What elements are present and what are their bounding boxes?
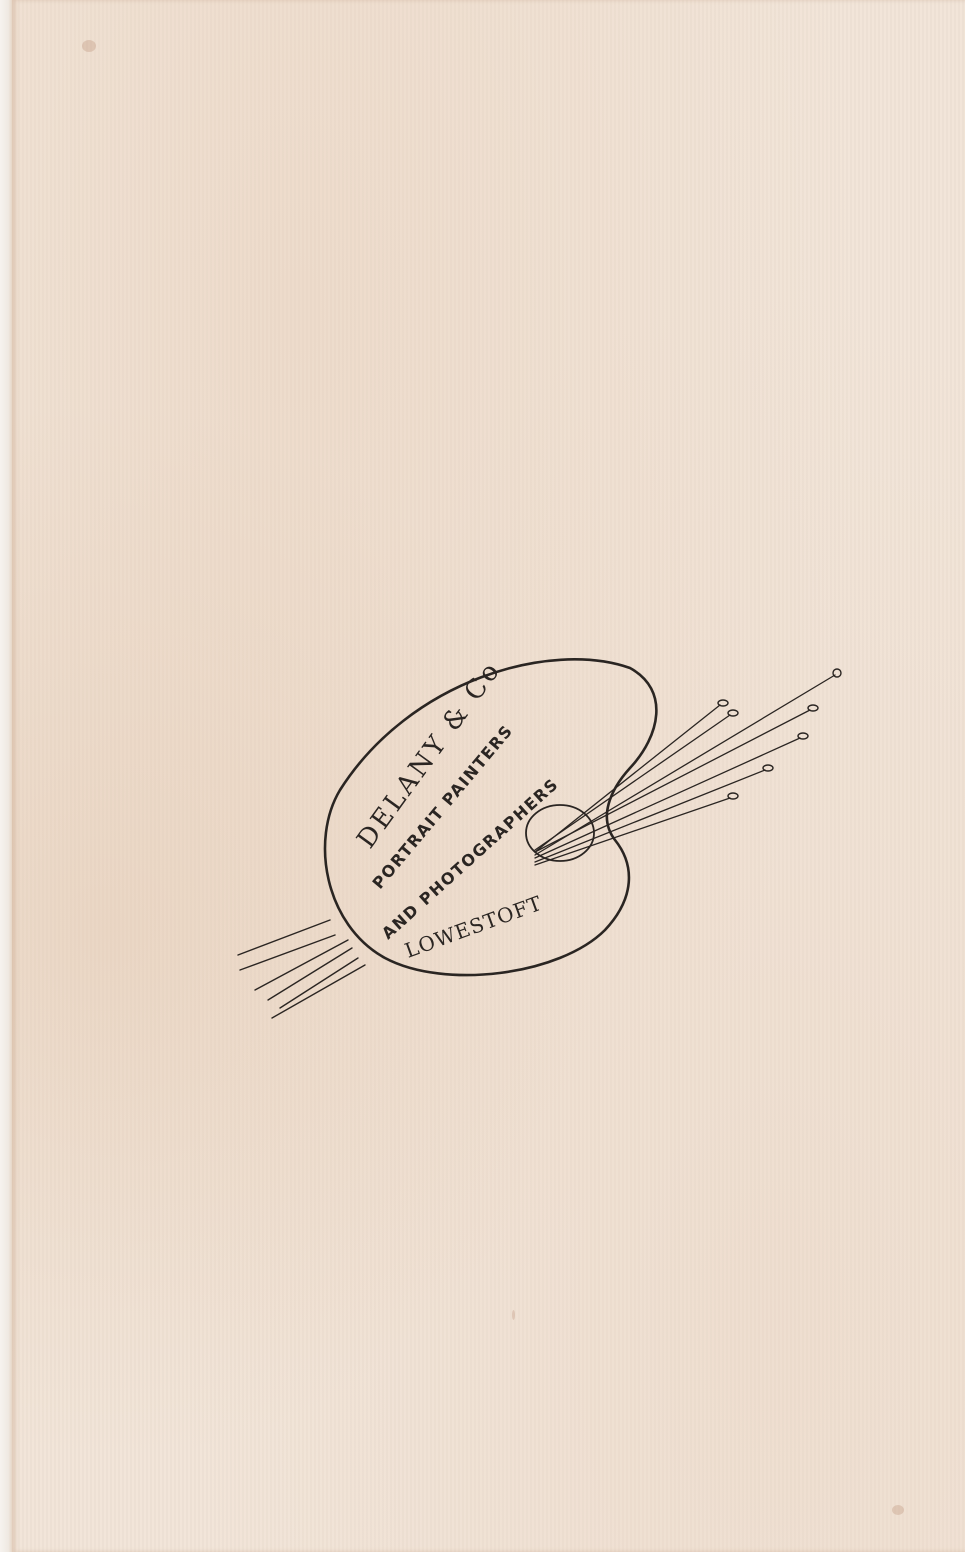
- foxing-spot: [82, 40, 96, 52]
- photographer-imprint: DELANY & Co PORTRAIT PAINTERS AND PHOTOG…: [230, 640, 850, 1030]
- brush-handles-left-icon: [238, 920, 365, 1018]
- scan-margin: [0, 0, 12, 1552]
- palette-icon: DELANY & Co PORTRAIT PAINTERS AND PHOTOG…: [230, 640, 850, 1030]
- foxing-spot: [512, 1310, 515, 1320]
- foxing-spot: [892, 1505, 904, 1515]
- brush-bundle-icon: [535, 675, 835, 865]
